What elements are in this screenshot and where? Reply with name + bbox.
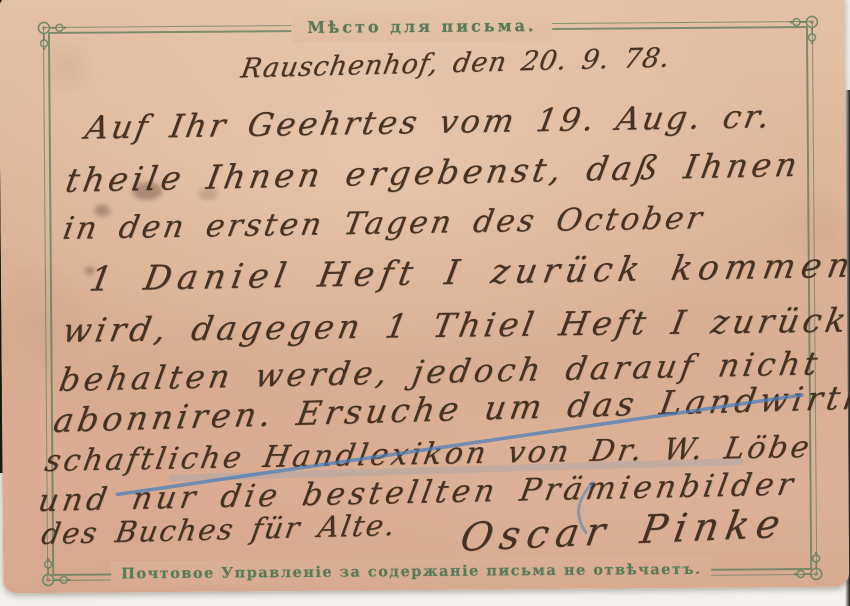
scan-background: Мѣсто для письма. Почтовое Управленіе за… xyxy=(0,0,850,606)
printed-header-label: Мѣсто для письма. xyxy=(291,11,552,43)
printed-footer-label: Почтовое Управленіе за содержаніе письма… xyxy=(111,557,712,588)
corner-ornament-icon xyxy=(24,558,70,604)
postcard: Мѣсто для письма. Почтовое Управленіе за… xyxy=(0,0,849,593)
corner-ornament-icon xyxy=(794,552,840,598)
corner-ornament-icon xyxy=(20,4,66,50)
corner-ornament-icon xyxy=(790,0,836,44)
